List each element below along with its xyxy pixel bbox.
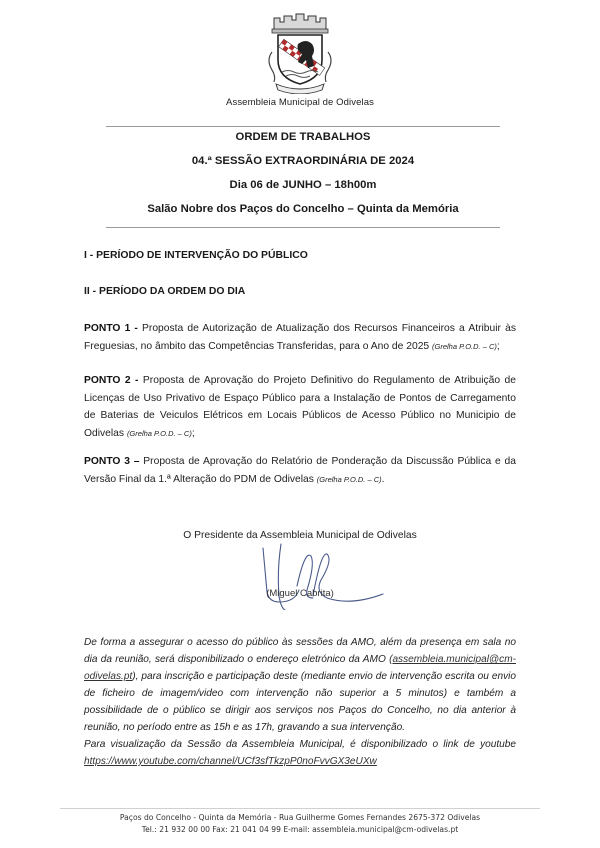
notice-paragraph-2: Para visualização da Sessão da Assemblei… xyxy=(84,736,516,770)
coat-of-arms-icon xyxy=(262,8,338,94)
session-location: Salão Nobre dos Paços do Concelho – Quin… xyxy=(106,203,500,215)
footer-contacts: Tel.: 21 932 00 00 Fax: 21 041 04 99 E-m… xyxy=(0,825,600,834)
agenda-item-grelha: (Grelha P.O.D. – C) xyxy=(432,342,497,351)
agenda-item-grelha: (Grelha P.O.D. – C) xyxy=(127,429,192,438)
organization-name: Assembleia Municipal de Odivelas xyxy=(0,97,600,108)
session-title: 04.ª SESSÃO EXTRAORDINÁRIA DE 2024 xyxy=(106,155,500,167)
agenda-item-label: PONTO 2 - xyxy=(84,375,138,386)
agenda-title-box: ORDEM DE TRABALHOS 04.ª SESSÃO EXTRAORDI… xyxy=(106,126,500,228)
handwritten-signature-icon xyxy=(255,540,415,610)
signatory-name: (Miguel Cabrita) xyxy=(0,588,600,599)
section-public-intervention: I - PERÍODO DE INTERVENÇÃO DO PÚBLICO xyxy=(84,250,308,261)
session-date: Dia 06 de JUNHO – 18h00m xyxy=(106,179,500,191)
agenda-item-2: PONTO 2 - Proposta de Aprovação do Proje… xyxy=(84,372,516,442)
agenda-item-end: . xyxy=(382,474,385,485)
footer-divider xyxy=(60,808,540,809)
agenda-item-label: PONTO 3 – xyxy=(84,456,140,467)
document-title: ORDEM DE TRABALHOS xyxy=(106,131,500,143)
notice-text: ), para inscrição e participação deste (… xyxy=(84,671,516,733)
agenda-item-3: PONTO 3 – Proposta de Aprovação do Relat… xyxy=(84,453,516,488)
public-access-notice: De forma a assegurar o acesso do público… xyxy=(84,634,516,770)
youtube-link[interactable]: https://www.youtube.com/channel/UCf3sfTk… xyxy=(84,756,377,767)
agenda-item-1: PONTO 1 - Proposta de Autorização de Atu… xyxy=(84,320,516,355)
agenda-item-text: Proposta de Aprovação do Relatório de Po… xyxy=(84,456,516,485)
agenda-item-end: ; xyxy=(192,428,195,439)
notice-paragraph-1: De forma a assegurar o acesso do público… xyxy=(84,634,516,736)
agenda-item-end: ; xyxy=(497,341,500,352)
section-agenda-period: II - PERÍODO DA ORDEM DO DIA xyxy=(84,286,245,297)
agenda-item-label: PONTO 1 - xyxy=(84,323,138,334)
footer-address: Paços do Concelho - Quinta da Memória - … xyxy=(0,813,600,822)
agenda-item-grelha: (Grelha P.O.D. – C) xyxy=(317,475,382,484)
notice-text: Para visualização da Sessão da Assemblei… xyxy=(84,739,516,750)
